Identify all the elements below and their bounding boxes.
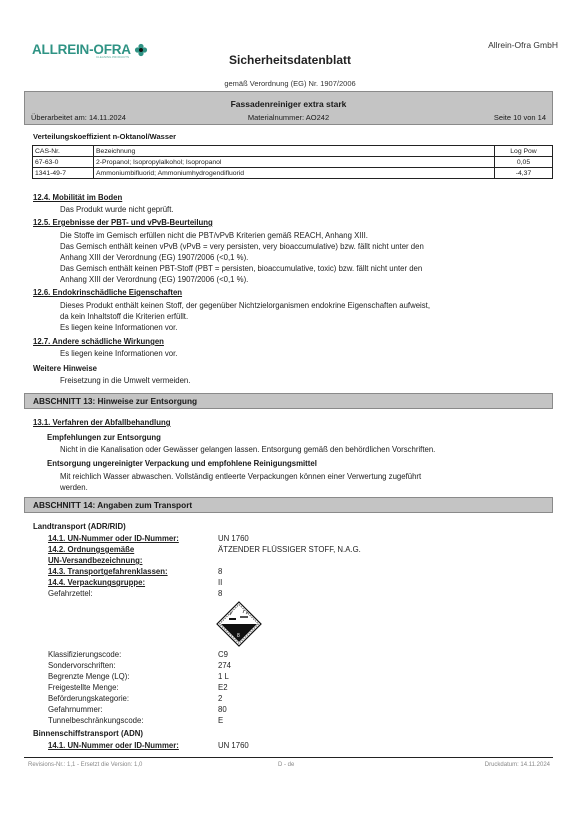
hazard-label-value: 8 bbox=[218, 589, 222, 598]
page-number: Seite 10 von 14 bbox=[374, 113, 546, 122]
text-12-5-line: Das Gemisch enthält keinen PBT-Stoff (PB… bbox=[60, 263, 422, 274]
inland-un-number-value: UN 1760 bbox=[218, 741, 249, 750]
packing-group-label: 14.4. Verpackungsgruppe: bbox=[48, 578, 145, 587]
partition-table: CAS-Nr. Bezeichnung Log Pow 67-63-0 2-Pr… bbox=[32, 145, 553, 179]
heading-12-6: 12.6. Endokrinschädliche Eigenschaften bbox=[33, 288, 182, 297]
text-12-6-line: da kein Inhaltstoff die Kriterien erfüll… bbox=[60, 311, 188, 322]
heading-13-1: 13.1. Verfahren der Abfallbehandlung bbox=[33, 418, 171, 427]
logpow-cell: 0,05 bbox=[495, 157, 553, 168]
product-header-box: Fassadenreiniger extra stark Überarbeite… bbox=[24, 91, 553, 125]
detail-label: Sondervorschriften: bbox=[48, 661, 116, 670]
un-number-value: UN 1760 bbox=[218, 534, 249, 543]
packing-group-value: II bbox=[218, 578, 222, 587]
cas-cell: 1341-49-7 bbox=[33, 168, 94, 179]
detail-label: Begrenzte Menge (LQ): bbox=[48, 672, 129, 681]
inland-un-number-label: 14.1. UN-Nummer oder ID-Nummer: bbox=[48, 741, 179, 750]
detail-value: E bbox=[218, 716, 223, 725]
inland-transport-heading: Binnenschiffstransport (ADN) bbox=[33, 729, 143, 738]
shipping-name-label: 14.2. Ordnungsgemäße bbox=[48, 545, 134, 554]
shipping-name-value: ÄTZENDER FLÜSSIGER STOFF, N.A.G. bbox=[218, 545, 361, 554]
detail-label: Gefahrnummer: bbox=[48, 705, 103, 714]
name-cell: 2-Propanol; Isopropylalkohol; Isopropano… bbox=[94, 157, 495, 168]
document-subtitle: gemäß Verordnung (EG) Nr. 1907/2006 bbox=[0, 79, 580, 88]
section-13-bar: ABSCHNITT 13: Hinweise zur Entsorgung bbox=[24, 393, 553, 409]
hazard-class-value: 8 bbox=[218, 567, 222, 576]
detail-value: 2 bbox=[218, 694, 222, 703]
material-number: Materialnummer: AO242 bbox=[203, 113, 375, 122]
logpow-cell: -4,37 bbox=[495, 168, 553, 179]
text-12-5-line: Die Stoffe im Gemisch erfüllen nicht die… bbox=[60, 230, 368, 241]
section-14-bar: ABSCHNITT 14: Angaben zum Transport bbox=[24, 497, 553, 513]
text-12-6-line: Dieses Produkt enthält keinen Stoff, der… bbox=[60, 300, 430, 311]
column-header: Log Pow bbox=[495, 146, 553, 157]
text-12-5-line: Anhang XIII der Verordnung (EG) 1907/200… bbox=[60, 252, 248, 263]
footer-revision: Revisions-Nr.: 1,1 - Ersetzt die Version… bbox=[28, 762, 142, 768]
corrosive-pictogram-icon: 8 bbox=[216, 601, 262, 647]
disposal-recommendation-text: Nicht in die Kanalisation oder Gewässer … bbox=[60, 444, 435, 455]
hazard-class-label: 14.3. Transportgefahrenklassen: bbox=[48, 567, 168, 576]
detail-label: Freigestellte Menge: bbox=[48, 683, 119, 692]
footer-locale: D - de bbox=[278, 762, 294, 768]
column-header: CAS-Nr. bbox=[33, 146, 94, 157]
text-12-5-line: Das Gemisch enthält keinen vPvB (vPvB = … bbox=[60, 241, 424, 252]
text-12-6-line: Es liegen keine Informationen vor. bbox=[60, 322, 177, 333]
detail-value: 80 bbox=[218, 705, 227, 714]
detail-label: Beförderungskategorie: bbox=[48, 694, 129, 703]
packaging-disposal-line: werden. bbox=[60, 482, 88, 493]
detail-value: E2 bbox=[218, 683, 228, 692]
heading-12-5: 12.5. Ergebnisse der PBT- und vPvB-Beurt… bbox=[33, 218, 213, 227]
text-12-7: Es liegen keine Informationen vor. bbox=[60, 348, 177, 359]
packaging-disposal-line: Mit reichlich Wasser abwaschen. Vollstän… bbox=[60, 471, 421, 482]
detail-label: Tunnelbeschränkungscode: bbox=[48, 716, 144, 725]
disposal-recommendation-heading: Empfehlungen zur Entsorgung bbox=[47, 433, 161, 442]
packaging-disposal-heading: Entsorgung ungereinigter Verpackung und … bbox=[47, 459, 317, 468]
detail-value: 1 L bbox=[218, 672, 229, 681]
shipping-name-label-2: UN-Versandbezeichnung: bbox=[48, 556, 142, 565]
svg-text:8: 8 bbox=[237, 633, 240, 639]
table-row: 67-63-0 2-Propanol; Isopropylalkohol; Is… bbox=[33, 157, 553, 168]
footer-print-date: Druckdatum: 14.11.2024 bbox=[485, 762, 550, 768]
column-header: Bezeichnung bbox=[94, 146, 495, 157]
text-12-5-line: Anhang XIII der Verordnung (EG) 1907/200… bbox=[60, 274, 248, 285]
company-name: Allrein-Ofra GmbH bbox=[488, 40, 558, 50]
heading-12-4: 12.4. Mobilität im Boden bbox=[33, 193, 122, 202]
further-notes-text: Freisetzung in die Umwelt vermeiden. bbox=[60, 375, 190, 386]
revised-date: Überarbeitet am: 14.11.2024 bbox=[31, 113, 203, 122]
product-name: Fassadenreiniger extra stark bbox=[25, 99, 552, 109]
table-header-row: CAS-Nr. Bezeichnung Log Pow bbox=[33, 146, 553, 157]
footer-divider bbox=[24, 757, 553, 758]
detail-label: Klassifizierungscode: bbox=[48, 650, 121, 659]
hazard-label-label: Gefahrzettel: bbox=[48, 589, 93, 598]
detail-value: C9 bbox=[218, 650, 228, 659]
text-12-4: Das Produkt wurde nicht geprüft. bbox=[60, 204, 174, 215]
table-row: 1341-49-7 Ammoniumbifluorid; Ammoniumhyd… bbox=[33, 168, 553, 179]
un-number-label: 14.1. UN-Nummer oder ID-Nummer: bbox=[48, 534, 179, 543]
further-notes-heading: Weitere Hinweise bbox=[33, 364, 97, 373]
name-cell: Ammoniumbifluorid; Ammoniumhydrogendiflu… bbox=[94, 168, 495, 179]
detail-value: 274 bbox=[218, 661, 231, 670]
document-title: Sicherheitsdatenblatt bbox=[0, 53, 580, 67]
cas-cell: 67-63-0 bbox=[33, 157, 94, 168]
land-transport-heading: Landtransport (ADR/RID) bbox=[33, 522, 126, 531]
partition-title: Verteilungskoeffizient n-Oktanol/Wasser bbox=[33, 132, 176, 141]
heading-12-7: 12.7. Andere schädliche Wirkungen bbox=[33, 337, 164, 346]
